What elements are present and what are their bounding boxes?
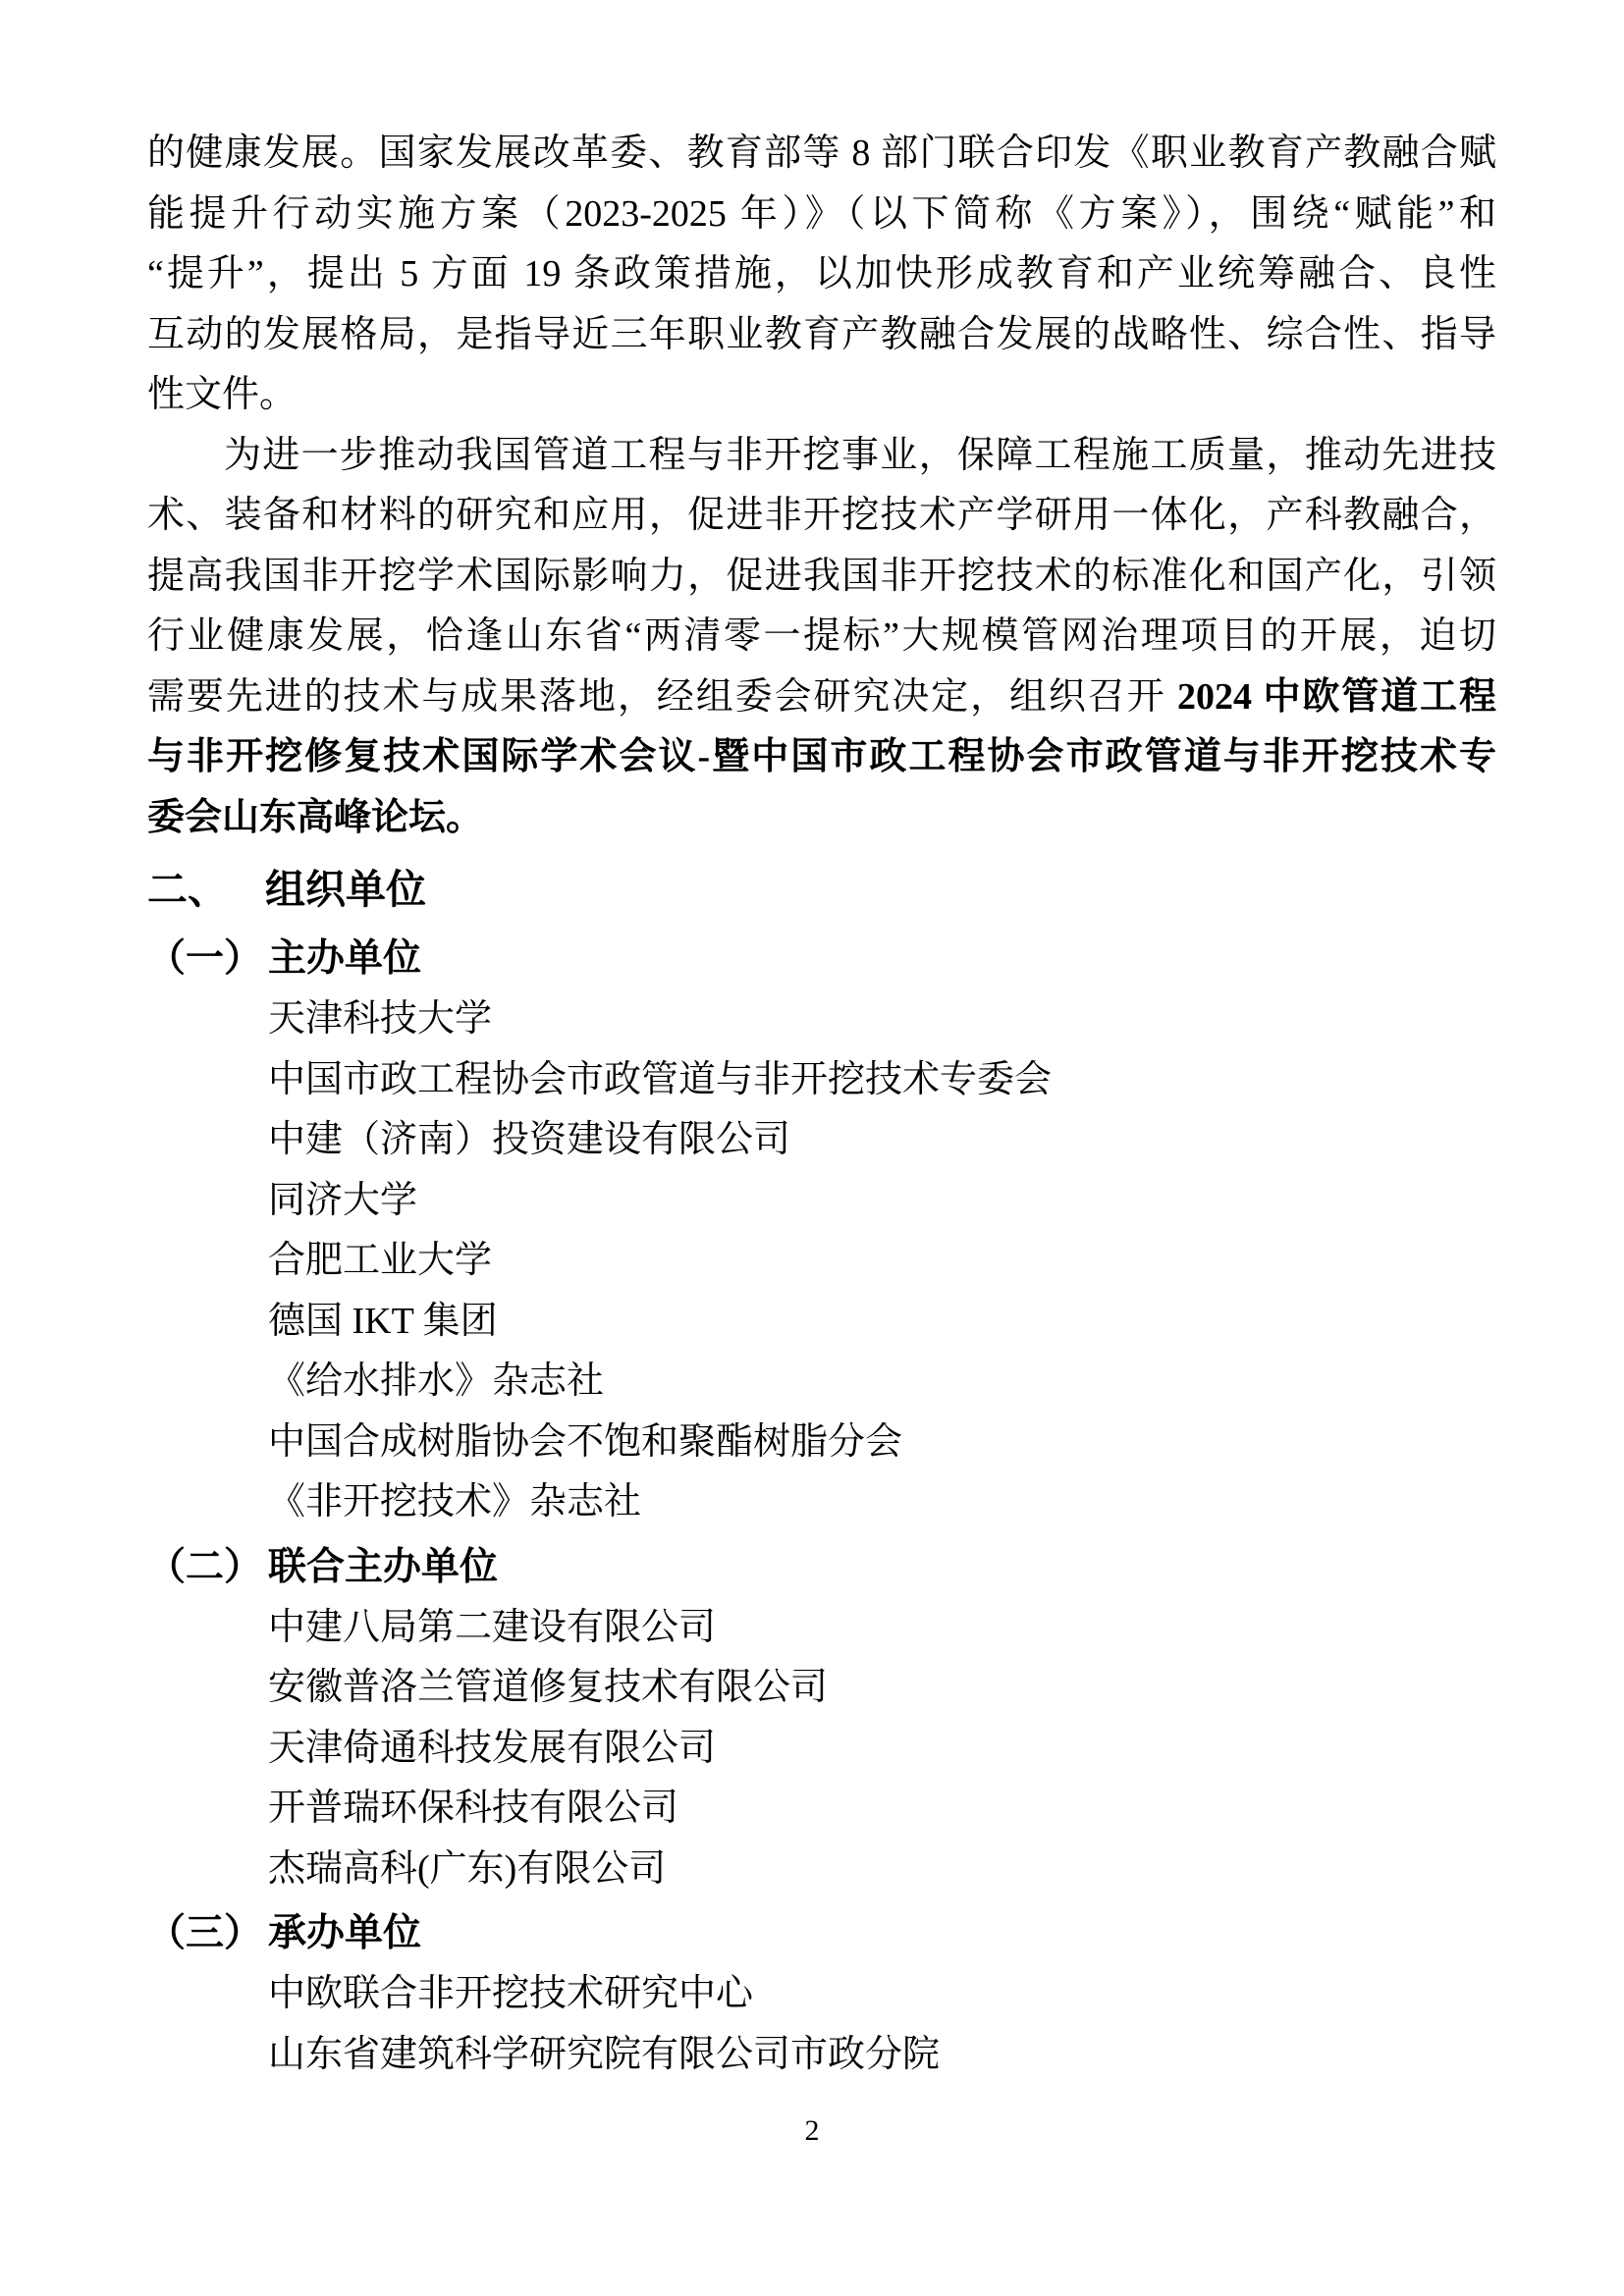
org-list-organizers: 中欧联合非开挖技术研究中心 山东省建筑科学研究院有限公司市政分院 bbox=[147, 1964, 1496, 2085]
page-number: 2 bbox=[0, 2111, 1624, 2151]
paragraph-1: 的健康发展。国家发展改革委、教育部等 8 部门联合印发《职业教育产教融合赋 能提… bbox=[147, 124, 1496, 426]
document-content: 的健康发展。国家发展改革委、教育部等 8 部门联合印发《职业教育产教融合赋 能提… bbox=[147, 124, 1496, 2085]
body-line: 需要先进的技术与成果落地，经组委会研究决定，组织召开 2024 中欧管道工程 bbox=[147, 667, 1496, 728]
conference-name-bold: 委会山东高峰论坛。 bbox=[147, 788, 1496, 849]
org-list-item: 杰瑞高科(广东)有限公司 bbox=[268, 1840, 1496, 1900]
org-list-item: 天津科技大学 bbox=[268, 989, 1496, 1050]
subsection-title: 联合主办单位 bbox=[268, 1546, 498, 1588]
subsection-title: 承办单位 bbox=[268, 1912, 421, 1954]
org-list-item: 安徽普洛兰管道修复技术有限公司 bbox=[268, 1658, 1496, 1719]
org-list-item: 《给水排水》杂志社 bbox=[268, 1352, 1496, 1413]
org-list-item: 德国 IKT 集团 bbox=[268, 1292, 1496, 1353]
body-line: 术、装备和材料的研究和应用，促进非开挖技术产学研用一体化，产科教融合， bbox=[147, 486, 1496, 547]
body-line: 性文件。 bbox=[147, 365, 1496, 426]
org-list-item: 合肥工业大学 bbox=[268, 1231, 1496, 1292]
org-list-cohosts: 中建八局第二建设有限公司 安徽普洛兰管道修复技术有限公司 天津倚通科技发展有限公… bbox=[147, 1598, 1496, 1900]
subsection-heading: （一）主办单位 bbox=[147, 929, 1496, 989]
subsection-heading: （三）承办单位 bbox=[147, 1903, 1496, 1964]
subsection-number: （二） bbox=[147, 1546, 262, 1588]
org-list-item: 中国合成树脂协会不饱和聚酯树脂分会 bbox=[268, 1413, 1496, 1473]
org-list-item: 《非开挖技术》杂志社 bbox=[268, 1472, 1496, 1533]
org-list-item: 中欧联合非开挖技术研究中心 bbox=[268, 1964, 1496, 2025]
body-line: 提高我国非开挖学术国际影响力，促进我国非开挖技术的标准化和国产化，引领 bbox=[147, 547, 1496, 608]
body-line: 的健康发展。国家发展改革委、教育部等 8 部门联合印发《职业教育产教融合赋 bbox=[147, 124, 1496, 185]
org-list-item: 山东省建筑科学研究院有限公司市政分院 bbox=[268, 2025, 1496, 2086]
org-list-hosts: 天津科技大学 中国市政工程协会市政管道与非开挖技术专委会 中建（济南）投资建设有… bbox=[147, 989, 1496, 1533]
section-heading-number: 二、 bbox=[147, 867, 228, 912]
org-list-item: 中国市政工程协会市政管道与非开挖技术专委会 bbox=[268, 1050, 1496, 1111]
section-heading: 二、组织单位 bbox=[147, 854, 1496, 925]
body-line: 行业健康发展，恰逢山东省“两清零一提标”大规模管网治理项目的开展，迫切 bbox=[147, 607, 1496, 667]
body-line: 为进一步推动我国管道工程与非开挖事业，保障工程施工质量，推动先进技 bbox=[147, 426, 1496, 487]
subsection-number: （一） bbox=[147, 937, 262, 980]
conference-name-bold: 2024 中欧管道工程 bbox=[1177, 676, 1496, 718]
org-list-item: 中建（济南）投资建设有限公司 bbox=[268, 1110, 1496, 1171]
subsection-heading: （二）联合主办单位 bbox=[147, 1537, 1496, 1598]
org-list-item: 开普瑞环保科技有限公司 bbox=[268, 1779, 1496, 1840]
document-page: 的健康发展。国家发展改革委、教育部等 8 部门联合印发《职业教育产教融合赋 能提… bbox=[0, 0, 1624, 2296]
conference-name-bold: 与非开挖修复技术国际学术会议-暨中国市政工程协会市政管道与非开挖技术专 bbox=[147, 727, 1496, 788]
org-list-item: 中建八局第二建设有限公司 bbox=[268, 1598, 1496, 1659]
org-list-item: 天津倚通科技发展有限公司 bbox=[268, 1719, 1496, 1780]
subsection-number: （三） bbox=[147, 1912, 262, 1954]
section-heading-title: 组织单位 bbox=[265, 867, 426, 912]
body-line: “提升”，提出 5 方面 19 条政策措施，以加快形成教育和产业统筹融合、良性 bbox=[147, 244, 1496, 305]
subsection-title: 主办单位 bbox=[268, 937, 421, 980]
body-line: 能提升行动实施方案（2023-2025 年）》（以下简称《方案》），围绕“赋能”… bbox=[147, 185, 1496, 245]
org-list-item: 同济大学 bbox=[268, 1171, 1496, 1232]
paragraph-2: 为进一步推动我国管道工程与非开挖事业，保障工程施工质量，推动先进技 术、装备和材… bbox=[147, 426, 1496, 849]
body-text: 需要先进的技术与成果落地，经组委会研究决定，组织召开 bbox=[147, 676, 1177, 718]
body-line: 互动的发展格局，是指导近三年职业教育产教融合发展的战略性、综合性、指导 bbox=[147, 305, 1496, 366]
